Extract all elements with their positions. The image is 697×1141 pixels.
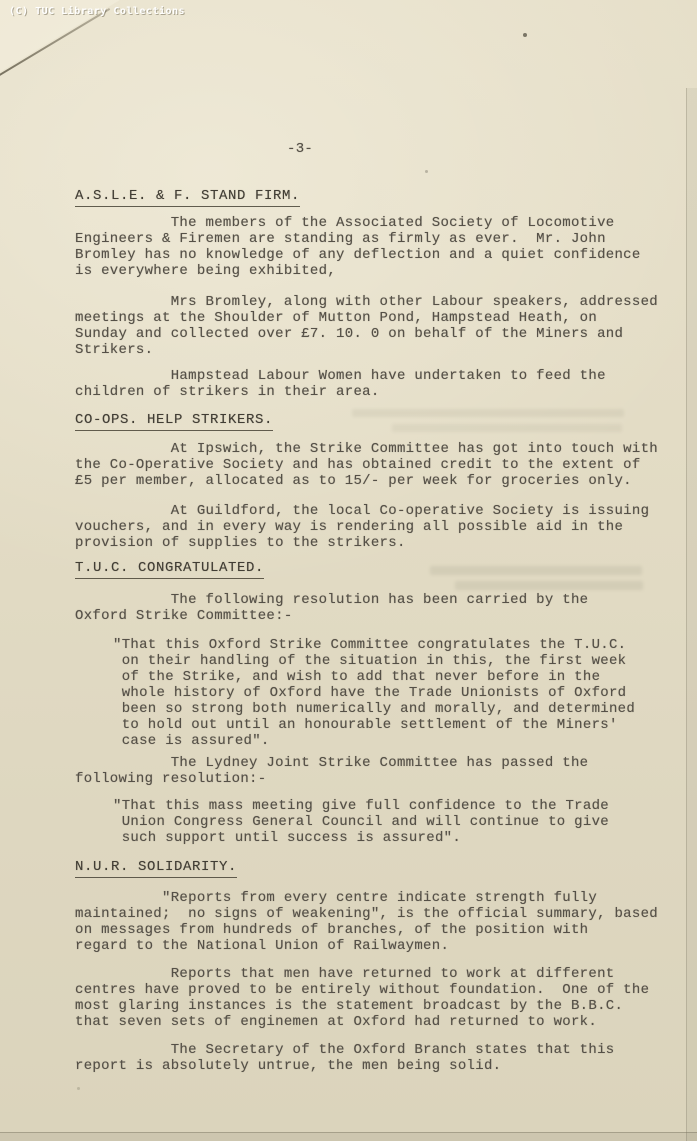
page-edge-bottom-shade bbox=[0, 1133, 697, 1141]
document-text-block: -3- A.S.L.E. & F. STAND FIRM. The member… bbox=[75, 0, 690, 1141]
page-edge-bottom bbox=[0, 1132, 697, 1133]
paragraph: The following resolution has been carrie… bbox=[75, 592, 588, 624]
paragraph: Hampstead Labour Women have undertaken t… bbox=[75, 368, 606, 400]
page-edge-right-shade bbox=[687, 88, 697, 1141]
resolution-quote: "That this Oxford Strike Committee congr… bbox=[113, 637, 635, 749]
paragraph: Reports that men have returned to work a… bbox=[75, 966, 649, 1030]
document-page: (C) TUC Library Collections -3- A.S.L.E.… bbox=[0, 0, 697, 1141]
page-edge-right bbox=[686, 88, 687, 1141]
section-1: A.S.L.E. & F. STAND FIRM. bbox=[75, 188, 300, 207]
paragraph: "Reports from every centre indicate stre… bbox=[75, 890, 658, 954]
page-number: -3- bbox=[287, 141, 313, 157]
paragraph: The members of the Associated Society of… bbox=[75, 215, 641, 279]
section-heading: N.U.R. SOLIDARITY. bbox=[75, 859, 237, 878]
section-4: N.U.R. SOLIDARITY. bbox=[75, 859, 237, 878]
paragraph: Mrs Bromley, along with other Labour spe… bbox=[75, 294, 658, 358]
paragraph: The Lydney Joint Strike Committee has pa… bbox=[75, 755, 588, 787]
section-heading: T.U.C. CONGRATULATED. bbox=[75, 560, 264, 579]
paragraph: At Ipswich, the Strike Committee has got… bbox=[75, 441, 658, 489]
paragraph: The Secretary of the Oxford Branch state… bbox=[75, 1042, 614, 1074]
resolution-quote: "That this mass meeting give full confid… bbox=[113, 798, 609, 846]
paragraph: At Guildford, the local Co-operative Soc… bbox=[75, 503, 649, 551]
section-heading: A.S.L.E. & F. STAND FIRM. bbox=[75, 188, 300, 207]
section-heading: CO-OPS. HELP STRIKERS. bbox=[75, 412, 273, 431]
section-3: T.U.C. CONGRATULATED. bbox=[75, 560, 264, 579]
section-2: CO-OPS. HELP STRIKERS. bbox=[75, 412, 273, 431]
